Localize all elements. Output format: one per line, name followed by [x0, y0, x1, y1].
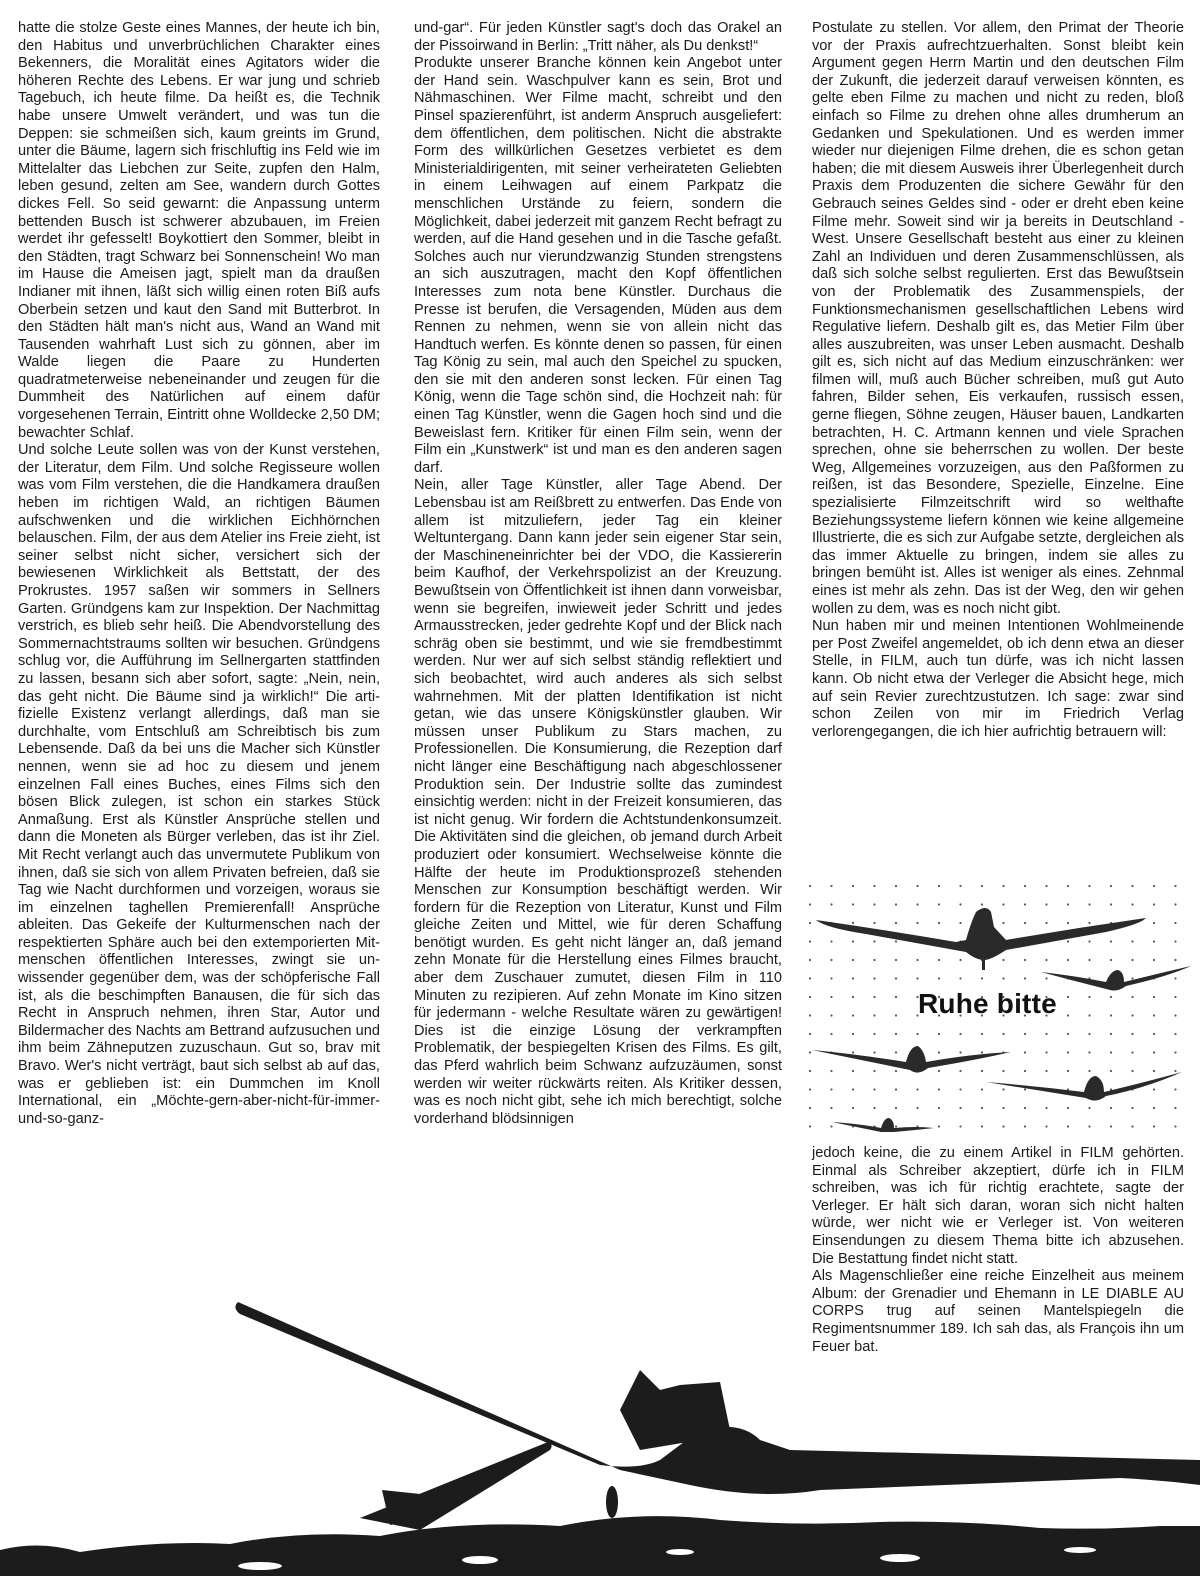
paragraph: hatte die stolze Geste eines Mannes, der…: [18, 20, 380, 442]
paragraph: Postulate zu stellen. Vor allem, den Pri…: [812, 20, 1184, 618]
paragraph: Und solche Leute sollen was von der Kuns…: [18, 442, 380, 1128]
illustration-caption: Ruhe bitte: [918, 988, 1057, 1020]
article-column-3: Postulate zu stellen. Vor allem, den Pri…: [812, 20, 1184, 741]
article-column-1: hatte die stolze Geste eines Mannes, der…: [18, 20, 380, 1128]
paragraph: und-gar“. Für jeden Künstler sagt's doch…: [414, 20, 782, 55]
article-column-2: und-gar“. Für jeden Künstler sagt's doch…: [414, 20, 782, 1128]
paragraph: Nein, aller Tage Künstler, aller Tage Ab…: [414, 477, 782, 1128]
paragraph: Nun haben mir und meinen Intentionen Woh…: [812, 618, 1184, 741]
paragraph: jedoch keine, die zu einem Artikel in FI…: [812, 1145, 1184, 1268]
airplane-photo-icon: [0, 1290, 1200, 1576]
paragraph: Produkte unserer Branche können kein Ang…: [414, 55, 782, 477]
